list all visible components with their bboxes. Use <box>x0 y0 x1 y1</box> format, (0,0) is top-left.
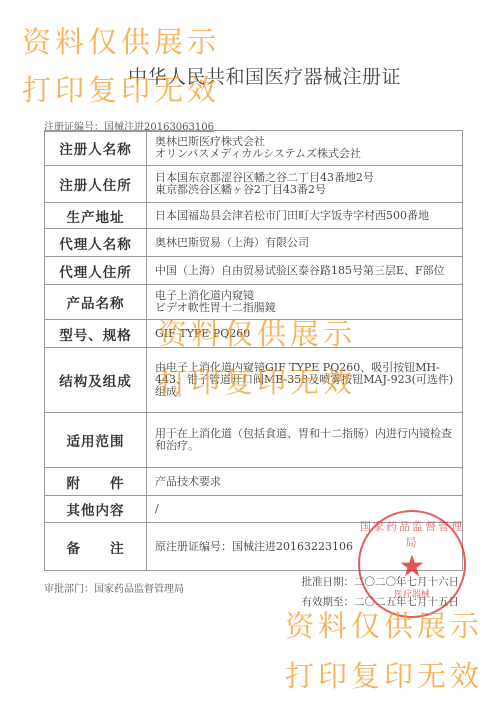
row-label: 适用范围 <box>45 413 147 468</box>
row-label: 型号、规格 <box>45 320 147 348</box>
table-row: 生产地址 日本国福岛县会津若松市门田町大字饭寺字村西500番地 <box>45 203 463 229</box>
row-label: 结构及组成 <box>45 348 147 413</box>
row-value: 产品技术要求 <box>147 468 463 496</box>
value-line: 产品技术要求 <box>155 476 456 488</box>
row-value: 原注册证编号：国械注进20163223106 <box>147 523 463 571</box>
table-row: 注册人住所 日本国东京都涩谷区幡之谷二丁目43番地2号 東京都渋谷区幡ヶ谷2丁目… <box>45 166 463 203</box>
row-label: 其他内容 <box>45 496 147 523</box>
row-value: 日本国福岛县会津若松市门田町大字饭寺字村西500番地 <box>147 203 463 229</box>
row-label: 注册人住所 <box>45 166 147 203</box>
table-row: 其他内容 / <box>45 496 463 523</box>
table-row: 结构及组成 由电子上消化道内窥镜GIF TYPE PQ260、吸引按钮MH-44… <box>45 348 463 413</box>
certificate-table: 注册人名称 奥林巴斯医疗株式会社 オリンパスメディカルシステムズ株式会社 注册人… <box>44 130 463 571</box>
table-row: 产品名称 电子上消化道内窥镜 ビデオ軟性胃十二指腸鏡 <box>45 285 463 320</box>
table-row: 型号、规格 GIF TYPE PQ260 <box>45 320 463 348</box>
row-label: 备 注 <box>45 523 147 571</box>
row-value: 电子上消化道内窥镜 ビデオ軟性胃十二指腸鏡 <box>147 285 463 320</box>
value-line: / <box>155 503 456 515</box>
table-row: 备 注 原注册证编号：国械注进20163223106 <box>45 523 463 571</box>
row-value: GIF TYPE PQ260 <box>147 320 463 348</box>
table-row: 代理人名称 奥林巴斯贸易（上海）有限公司 <box>45 229 463 257</box>
value-line: 中国（上海）自由贸易试验区泰谷路185号第三层E、F部位 <box>155 265 456 277</box>
table-row: 代理人住所 中国（上海）自由贸易试验区泰谷路185号第三层E、F部位 <box>45 257 463 285</box>
row-label: 代理人住所 <box>45 257 147 285</box>
row-value: 奥林巴斯医疗株式会社 オリンパスメディカルシステムズ株式会社 <box>147 131 463 166</box>
row-label: 注册人名称 <box>45 131 147 166</box>
watermark-line: 打印复印无效 <box>285 654 483 695</box>
valid-until-date: 有效期至：二〇二五年七月十五日 <box>302 594 460 609</box>
row-label: 生产地址 <box>45 203 147 229</box>
value-line: 奥林巴斯贸易（上海）有限公司 <box>155 237 456 249</box>
row-value: 中国（上海）自由贸易试验区泰谷路185号第三层E、F部位 <box>147 257 463 285</box>
row-value: 由电子上消化道内窥镜GIF TYPE PQ260、吸引按钮MH-443、钳子管道… <box>147 348 463 413</box>
row-label: 代理人名称 <box>45 229 147 257</box>
table-row: 适用范围 用于在上消化道（包括食道、胃和十二指肠）内进行内镜检查和治疗。 <box>45 413 463 468</box>
value-line: ビデオ軟性胃十二指腸鏡 <box>155 302 456 314</box>
value-line: 由电子上消化道内窥镜GIF TYPE PQ260、吸引按钮MH-443、钳子管道… <box>155 362 456 398</box>
table-row: 附 件 产品技术要求 <box>45 468 463 496</box>
watermark-line: 资料仅供展示 <box>285 604 483 645</box>
value-line: 日本国福岛县会津若松市门田町大字饭寺字村西500番地 <box>155 210 456 222</box>
row-value: 用于在上消化道（包括食道、胃和十二指肠）内进行内镜检查和治疗。 <box>147 413 463 468</box>
value-line: 用于在上消化道（包括食道、胃和十二指肠）内进行内镜检查和治疗。 <box>155 428 456 452</box>
approval-date: 批准日期：二〇二〇年七月十六日 <box>302 574 460 589</box>
value-line: 原注册证编号：国械注进20163223106 <box>155 541 456 553</box>
row-value: / <box>147 496 463 523</box>
row-value: 日本国东京都涩谷区幡之谷二丁目43番地2号 東京都渋谷区幡ヶ谷2丁目43番2号 <box>147 166 463 203</box>
row-label: 附 件 <box>45 468 147 496</box>
document-title: 中华人民共和国医疗器械注册证 <box>128 62 401 89</box>
row-label: 产品名称 <box>45 285 147 320</box>
table-row: 注册人名称 奥林巴斯医疗株式会社 オリンパスメディカルシステムズ株式会社 <box>45 131 463 166</box>
watermark-line: 资料仅供展示 <box>22 20 220 61</box>
value-line: 東京都渋谷区幡ヶ谷2丁目43番2号 <box>155 184 456 196</box>
value-line: オリンパスメディカルシステムズ株式会社 <box>155 148 456 160</box>
row-value: 奥林巴斯贸易（上海）有限公司 <box>147 229 463 257</box>
value-line: GIF TYPE PQ260 <box>155 328 456 340</box>
approval-department: 审批部门：国家药品监督管理局 <box>44 580 184 595</box>
